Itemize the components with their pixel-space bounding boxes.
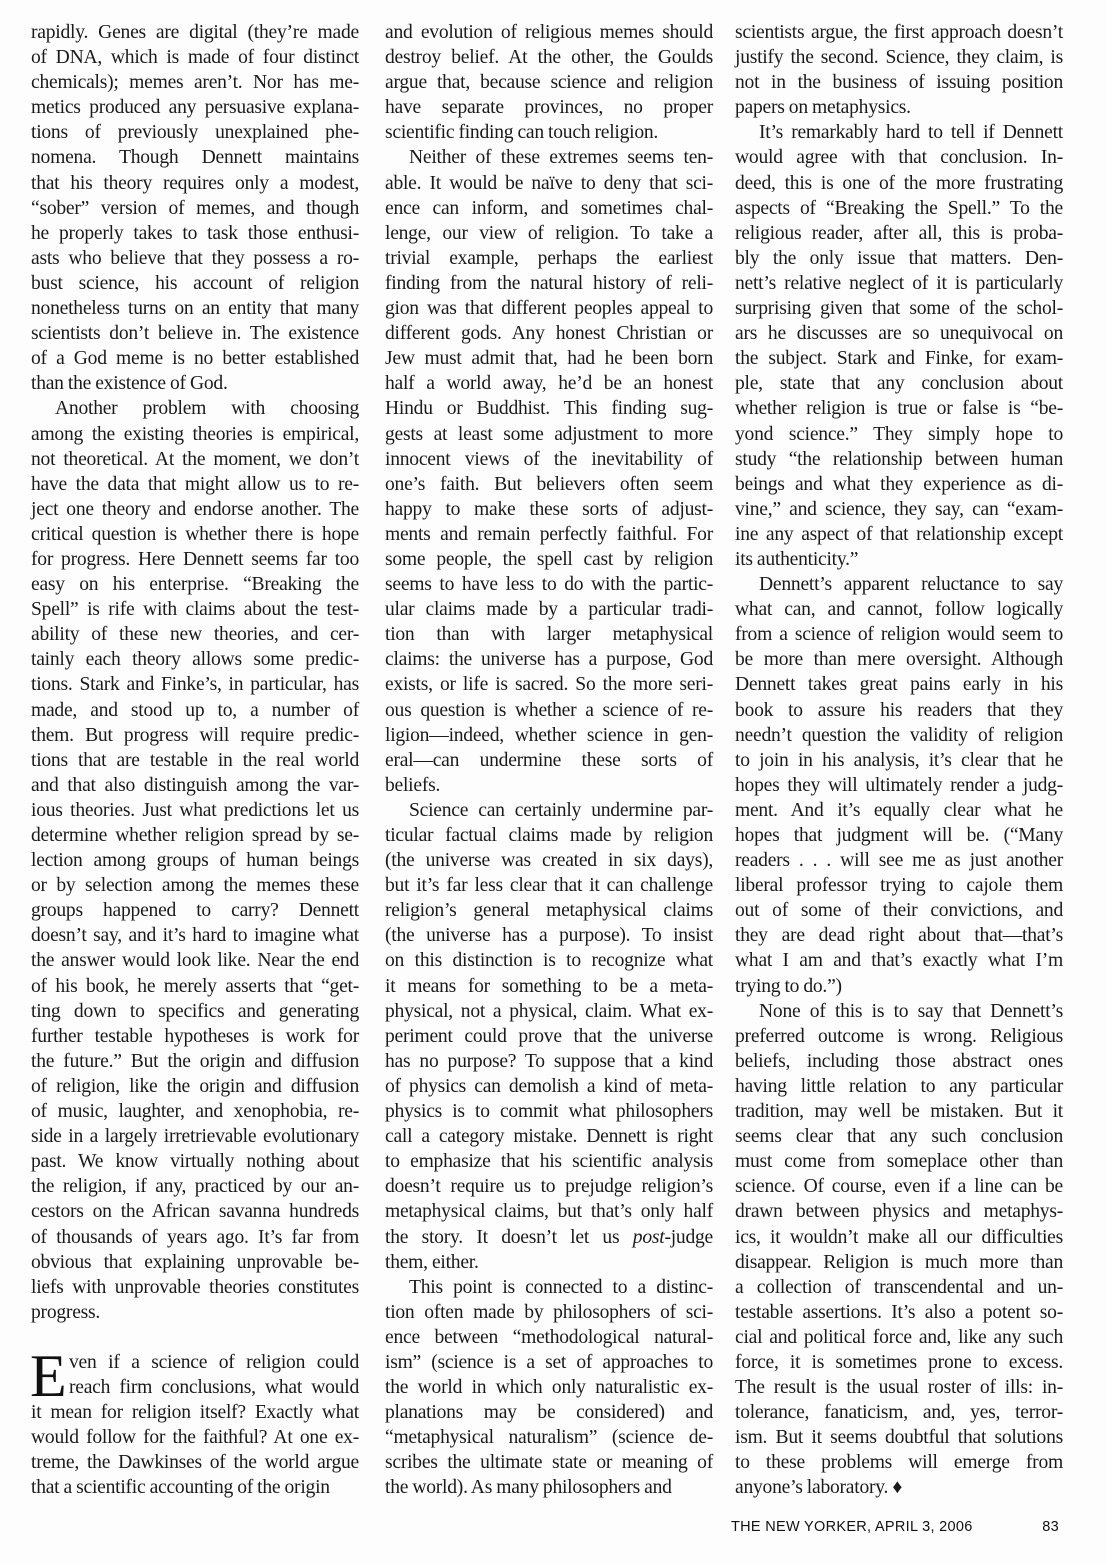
paragraph: Neither of these extremes seems ten-able…	[385, 145, 713, 797]
text-line: seems clear that any such conclusion	[735, 1124, 1063, 1149]
text-line: anyone’s laboratory. ♦	[735, 1475, 1063, 1500]
text-line: vine,” and science, they say, can “exam-	[735, 497, 1063, 522]
article-column-3: scientists argue, the first approach doe…	[735, 20, 1063, 1501]
text-line: it mean for religion itself? Exactly wha…	[31, 1400, 359, 1425]
text-line: innocent views of the inevitability of	[385, 447, 713, 472]
text-line: one’s faith. But believers often seem	[385, 472, 713, 497]
text-line: nonetheless turns on an entity that many	[31, 296, 359, 321]
text-line: to these problems will emerge from	[735, 1450, 1063, 1475]
text-line: drawn between physics and metaphys-	[735, 1199, 1063, 1224]
text-line: claims: the universe has a purpose, God	[385, 647, 713, 672]
text-line: doesn’t require us to prejudge religion’…	[385, 1174, 713, 1199]
text-line: religious reader, after all, this is pro…	[735, 221, 1063, 246]
text-line: (the universe was created in six days),	[385, 848, 713, 873]
text-line: yond science.” They simply hope to	[735, 422, 1063, 447]
text-line: of music, laughter, and xenophobia, re-	[31, 1099, 359, 1124]
text-line: the story. It doesn’t let us post-judge	[385, 1225, 713, 1250]
text-line: past. We know virtually nothing about	[31, 1149, 359, 1174]
text-line: has no purpose? To suppose that a kind	[385, 1049, 713, 1074]
text-line: be more than mere oversight. Although	[735, 647, 1063, 672]
text-line: deed, this is one of the more frustratin…	[735, 171, 1063, 196]
text-line: gion was that different peoples appeal t…	[385, 296, 713, 321]
text-line: ments and remain perfectly faithful. For	[385, 522, 713, 547]
text-line: whether religion is true or false is “be…	[735, 396, 1063, 421]
text-line: tainly each theory allows some predic-	[31, 647, 359, 672]
text-line: trivial example, perhaps the earliest	[385, 246, 713, 271]
text-line: he properly takes to task those enthusi-	[31, 221, 359, 246]
text-line: religion’s general metaphysical claims	[385, 898, 713, 923]
page-number: 83	[1042, 1519, 1059, 1535]
text-line: them, either.	[385, 1250, 713, 1275]
text-line: disappear. Religion is much more than	[735, 1250, 1063, 1275]
text-line: nett’s relative neglect of it is particu…	[735, 271, 1063, 296]
text-line: easy on his enterprise. “Breaking the	[31, 572, 359, 597]
page-footer: THE NEW YORKER, APRIL 3, 2006 83	[731, 1519, 1061, 1541]
text-line: what I am and that’s exactly what I’m	[735, 948, 1063, 973]
text-line: that his theory requires only a modest,	[31, 171, 359, 196]
text-line: Hindu or Buddhist. This finding sug-	[385, 396, 713, 421]
text-line: scientific finding can touch religion.	[385, 120, 713, 145]
text-line: call a category mistake. Dennett is righ…	[385, 1124, 713, 1149]
text-line: what can, and cannot, follow logically	[735, 597, 1063, 622]
text-line: aspects of “Breaking the Spell.” To the	[735, 196, 1063, 221]
text-line: the future.” But the origin and diffusio…	[31, 1049, 359, 1074]
text-line: a collection of transcendental and un-	[735, 1275, 1063, 1300]
text-line: of religion, like the origin and diffusi…	[31, 1074, 359, 1099]
text-line: and evolution of religious memes should	[385, 20, 713, 45]
text-line: preferred outcome is wrong. Religious	[735, 1024, 1063, 1049]
text-line: trying to do.”)	[735, 974, 1063, 999]
text-line: destroy belief. At the other, the Goulds	[385, 45, 713, 70]
article-column-2: and evolution of religious memes shouldd…	[385, 20, 713, 1501]
text-line: different gods. Any honest Christian or	[385, 321, 713, 346]
text-line: tion than with larger metaphysical	[385, 622, 713, 647]
text-line: further testable hypotheses is work for	[31, 1024, 359, 1049]
text-line: ple, state that any conclusion about	[735, 371, 1063, 396]
text-line: than the existence of God.	[31, 371, 359, 396]
text-line: tions. Stark and Finke’s, in particular,…	[31, 672, 359, 697]
footer-masthead: THE NEW YORKER, APRIL 3, 2006	[731, 1519, 973, 1535]
text-line: ular claims made by a particular tradi-	[385, 597, 713, 622]
text-line: its authenticity.”	[735, 547, 1063, 572]
text-line: finding from the natural history of reli…	[385, 271, 713, 296]
text-line: side in a largely irretrievable evolutio…	[31, 1124, 359, 1149]
text-line: ability of these new theories, and cer-	[31, 622, 359, 647]
text-line: It’s remarkably hard to tell if Dennett	[735, 120, 1063, 145]
text-line: have separate provinces, no proper	[385, 95, 713, 120]
text-line: ment. And it’s equally clear what he	[735, 798, 1063, 823]
text-line: The result is the usual roster of ills: …	[735, 1375, 1063, 1400]
text-line: of DNA, which is made of four distinct	[31, 45, 359, 70]
paragraph: Dennett’s apparent reluctance to saywhat…	[735, 572, 1063, 999]
paragraph: Another problem with choosingamong the e…	[31, 396, 359, 1324]
text-line: beings and what they experience as di-	[735, 472, 1063, 497]
text-line: and that also distinguish among the var-	[31, 773, 359, 798]
text-line: surprising given that some of the schol-	[735, 296, 1063, 321]
text-line: beliefs.	[385, 773, 713, 798]
text-line: tradition, may well be mistaken. But it	[735, 1099, 1063, 1124]
paragraph: scientists argue, the first approach doe…	[735, 20, 1063, 120]
paragraph: and evolution of religious memes shouldd…	[385, 20, 713, 145]
text-line: physical, not a physical, claim. What ex…	[385, 999, 713, 1024]
text-line: from a science of religion would seem to	[735, 622, 1063, 647]
text-line: scribes the ultimate state or meaning of	[385, 1450, 713, 1475]
text-line: liefs with unprovable theories constitut…	[31, 1275, 359, 1300]
text-line: cial and political force and, like any s…	[735, 1325, 1063, 1350]
text-line: ine any aspect of that relationship exce…	[735, 522, 1063, 547]
text-line: the world in which only naturalistic ex-	[385, 1375, 713, 1400]
text-line: determine whether religion spread by se-	[31, 823, 359, 848]
text-line: ven if a science of religion could	[31, 1350, 359, 1375]
text-line: ticular factual claims made by religion	[385, 823, 713, 848]
text-line: of a God meme is no better established	[31, 346, 359, 371]
text-line: ject one theory and endorse another. The	[31, 497, 359, 522]
text-line: needn’t question the validity of religio…	[735, 723, 1063, 748]
text-line: not in the business of issuing position	[735, 70, 1063, 95]
text-line: must come from someplace other than	[735, 1149, 1063, 1174]
text-line: obvious that explaining unprovable be-	[31, 1250, 359, 1275]
text-line: the world). As many philosophers and	[385, 1475, 713, 1500]
text-line: hopes they will ultimately render a judg…	[735, 773, 1063, 798]
paragraph: It’s remarkably hard to tell if Dennettw…	[735, 120, 1063, 572]
text-line: metics produced any persuasive explana-	[31, 95, 359, 120]
text-line: Dennett takes great pains early in his	[735, 672, 1063, 697]
magazine-page: rapidly. Genes are digital (they’re made…	[0, 0, 1107, 1564]
text-line: rapidly. Genes are digital (they’re made	[31, 20, 359, 45]
text-line: treme, the Dawkinses of the world argue	[31, 1450, 359, 1475]
text-line: bust science, his account of religion	[31, 271, 359, 296]
text-line: ous question is whether a science of re-	[385, 698, 713, 723]
text-line: the religion, if any, practiced by our a…	[31, 1174, 359, 1199]
text-line: bly the only issue that matters. Den-	[735, 246, 1063, 271]
text-line: hopes that judgment will be. (“Many	[735, 823, 1063, 848]
text-line: would follow for the faithful? At one ex…	[31, 1425, 359, 1450]
text-line: Science can certainly undermine par-	[385, 798, 713, 823]
text-line: the answer would look like. Near the end	[31, 948, 359, 973]
text-line: Neither of these extremes seems ten-	[385, 145, 713, 170]
text-line: some people, the spell cast by religion	[385, 547, 713, 572]
text-line: to emphasize that his scientific analysi…	[385, 1149, 713, 1174]
text-line: nomena. Though Dennett maintains	[31, 145, 359, 170]
text-line: chemicals); memes aren’t. Nor has me-	[31, 70, 359, 95]
text-line: book to assure his readers that they	[735, 698, 1063, 723]
text-line: tolerance, fanaticism, and, yes, terror-	[735, 1400, 1063, 1425]
text-line: liberal professor trying to cajole them	[735, 873, 1063, 898]
text-line: tion often made by philosophers of sci-	[385, 1300, 713, 1325]
text-line: made, and stood up to, a number of	[31, 698, 359, 723]
text-line: it means for something to be a meta-	[385, 974, 713, 999]
text-line: “metaphysical naturalism” (science de-	[385, 1425, 713, 1450]
text-line: would agree with that conclusion. In-	[735, 145, 1063, 170]
text-line: for progress. Here Dennett seems far too	[31, 547, 359, 572]
text-line: periment could prove that the universe	[385, 1024, 713, 1049]
text-line: or by selection among the memes these	[31, 873, 359, 898]
text-line: of physics can demolish a kind of meta-	[385, 1074, 713, 1099]
text-line: metaphysical claims, but that’s only hal…	[385, 1199, 713, 1224]
text-line: tions that are testable in the real worl…	[31, 748, 359, 773]
text-line: not theoretical. At the moment, we don’t	[31, 447, 359, 472]
text-line: out of some of their convictions, and	[735, 898, 1063, 923]
text-line: argue that, because science and religion	[385, 70, 713, 95]
text-line: Dennett’s apparent reluctance to say	[735, 572, 1063, 597]
text-line: happy to make these sorts of adjust-	[385, 497, 713, 522]
text-line: of thousands of years ago. It’s far from	[31, 1225, 359, 1250]
text-line: reach firm conclusions, what would	[31, 1375, 359, 1400]
text-line: cestors on the African savanna hundreds	[31, 1199, 359, 1224]
text-line: ism. But it seems doubtful that solution…	[735, 1425, 1063, 1450]
text-line: ics, it wouldn’t make all our difficulti…	[735, 1225, 1063, 1250]
paragraph: Science can certainly undermine par-ticu…	[385, 798, 713, 1275]
text-line: papers on metaphysics.	[735, 95, 1063, 120]
paragraph: This point is connected to a distinc-tio…	[385, 1275, 713, 1501]
text-line: force, it is sometimes prone to excess.	[735, 1350, 1063, 1375]
text-line: physics is to commit what philosophers	[385, 1099, 713, 1124]
text-line: tions of previously unexplained phe-	[31, 120, 359, 145]
text-line: to join in his analysis, it’s clear that…	[735, 748, 1063, 773]
text-line: half a world away, he’d be an honest	[385, 371, 713, 396]
text-line: that a scientific accounting of the orig…	[31, 1475, 359, 1500]
text-line: lection among groups of human beings	[31, 848, 359, 873]
text-line: have the data that might allow us to re-	[31, 472, 359, 497]
text-line: Another problem with choosing	[31, 396, 359, 421]
text-line: among the existing theories is empirical…	[31, 422, 359, 447]
section-break-space	[31, 1325, 359, 1350]
text-line: Jew must admit that, had he been born	[385, 346, 713, 371]
text-line: ence can inform, and sometimes chal-	[385, 196, 713, 221]
text-line: exists, or life is sacred. So the more s…	[385, 672, 713, 697]
text-line: None of this is to say that Dennett’s	[735, 999, 1063, 1024]
text-line: eral—can undermine these sorts of	[385, 748, 713, 773]
text-line: asts who believe that they possess a ro-	[31, 246, 359, 271]
text-line: study “the relationship between human	[735, 447, 1063, 472]
text-line: the subject. Stark and Finke, for exam-	[735, 346, 1063, 371]
text-line: ars he discusses are so unequivocal on	[735, 321, 1063, 346]
text-line: scientists argue, the first approach doe…	[735, 20, 1063, 45]
text-line: planations may be considered) and	[385, 1400, 713, 1425]
section-opening-paragraph: Even if a science of religion couldreach…	[31, 1350, 359, 1501]
paragraph: None of this is to say that Dennett’spre…	[735, 999, 1063, 1501]
text-line: progress.	[31, 1300, 359, 1325]
text-line: ting down to specifics and generating	[31, 999, 359, 1024]
text-line: This point is connected to a distinc-	[385, 1275, 713, 1300]
text-line: Spell” is rife with claims about the tes…	[31, 597, 359, 622]
text-line: scientists don’t believe in. The existen…	[31, 321, 359, 346]
text-line: on this distinction is to recognize what	[385, 948, 713, 973]
text-line: lenge, our view of religion. To take a	[385, 221, 713, 246]
text-line: they are dead right about that—that’s	[735, 923, 1063, 948]
text-line: justify the second. Science, they claim,…	[735, 45, 1063, 70]
text-line: of his book, he merely asserts that “get…	[31, 974, 359, 999]
text-line: critical question is whether there is ho…	[31, 522, 359, 547]
text-line: able. It would be naïve to deny that sci…	[385, 171, 713, 196]
text-line: ism” (science is a set of approaches to	[385, 1350, 713, 1375]
text-line: ious theories. Just what predictions let…	[31, 798, 359, 823]
text-line: seems to have less to do with the partic…	[385, 572, 713, 597]
drop-cap: E	[30, 1352, 67, 1400]
paragraph: rapidly. Genes are digital (they’re made…	[31, 20, 359, 396]
text-line: readers . . . will see me as just anothe…	[735, 848, 1063, 873]
text-line: doesn’t say, and it’s hard to imagine wh…	[31, 923, 359, 948]
text-line: testable assertions. It’s also a potent …	[735, 1300, 1063, 1325]
text-line: them. But progress will require predic-	[31, 723, 359, 748]
text-line: science. Of course, even if a line can b…	[735, 1174, 1063, 1199]
article-column-1: rapidly. Genes are digital (they’re made…	[31, 20, 359, 1501]
text-line: “sober” version of memes, and though	[31, 196, 359, 221]
text-line: beliefs, including those abstract ones	[735, 1049, 1063, 1074]
text-line: having little relation to any particular	[735, 1074, 1063, 1099]
text-line: ligion—indeed, whether science in gen-	[385, 723, 713, 748]
text-line: but it’s far less clear that it can chal…	[385, 873, 713, 898]
text-line: (the universe has a purpose). To insist	[385, 923, 713, 948]
text-line: gests at least some adjustment to more	[385, 422, 713, 447]
text-line: groups happened to carry? Dennett	[31, 898, 359, 923]
text-line: ence between “methodological natural-	[385, 1325, 713, 1350]
